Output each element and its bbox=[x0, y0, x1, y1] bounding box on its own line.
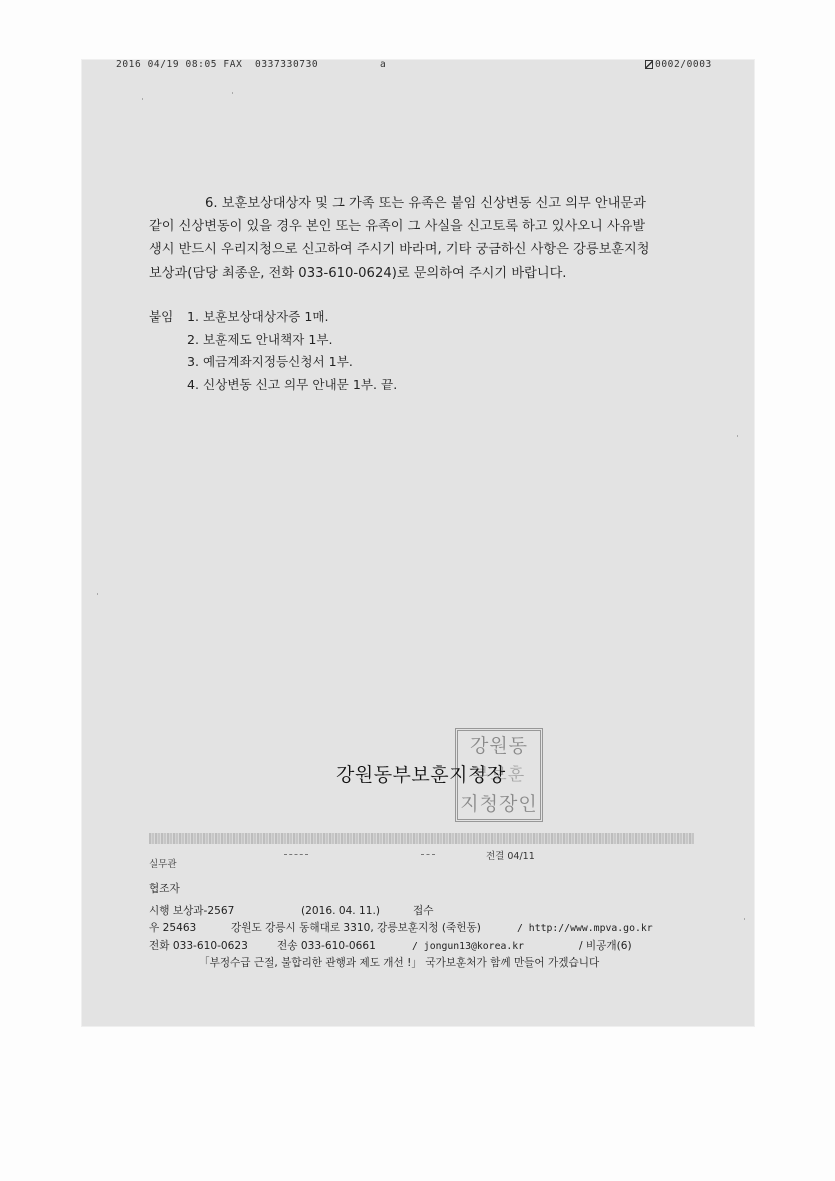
enforcement-date: (2016. 04. 11.) bbox=[301, 903, 380, 921]
stamp-line: 지청장인 bbox=[460, 791, 537, 817]
attachment-item: 1. 보훈보상대상자증 1매. bbox=[187, 306, 397, 329]
disclosure-status: / 비공개(6) bbox=[579, 938, 632, 956]
paragraph-line: 6. 보훈보상대상자 및 그 가족 또는 유족은 붙임 신상변동 신고 의무 안… bbox=[149, 192, 694, 215]
signature-placeholder bbox=[284, 854, 308, 855]
fax-number: 전송 033-610-0661 bbox=[277, 938, 376, 956]
postal-code: 우 25463 bbox=[149, 920, 196, 938]
fax-timestamp: 2016 04/19 08:05 FAX 0337330730 bbox=[116, 59, 318, 70]
attachment-item: 3. 예금계좌지정등신청서 1부. bbox=[187, 351, 397, 374]
approval-date: 전결 04/11 bbox=[486, 848, 535, 862]
scan-speck bbox=[737, 435, 738, 437]
scan-speck bbox=[97, 593, 98, 595]
attachments-list: 1. 보훈보상대상자증 1매. 2. 보훈제도 안내책자 1부. 3. 예금계좌… bbox=[149, 306, 397, 396]
document-footer: 협조자 시행 보상과-2567 (2016. 04. 11.) 접수 우 254… bbox=[149, 881, 199, 973]
receipt-label: 접수 bbox=[413, 903, 433, 921]
fax-header: 2016 04/19 08:05 FAX 0337330730 a 0002/0… bbox=[116, 59, 716, 73]
scan-speck bbox=[744, 918, 745, 920]
scan-speck bbox=[142, 98, 143, 100]
paragraph-line: 같이 신상변동이 있을 경우 본인 또는 유족이 그 사실을 신고토록 하고 있… bbox=[149, 215, 694, 238]
halftone-divider bbox=[149, 833, 694, 844]
signature-placeholder bbox=[421, 854, 435, 855]
street-address: 강원도 강릉시 동해대로 3310, 강릉보훈지청 (죽헌동) bbox=[231, 920, 481, 938]
address-row: 우 25463 강원도 강릉시 동해대로 3310, 강릉보훈지청 (죽헌동) … bbox=[149, 920, 199, 938]
website-link[interactable]: / http://www.mpva.go.kr bbox=[517, 920, 653, 938]
phone-number: 전화 033-610-0623 bbox=[149, 938, 248, 956]
contact-row: 전화 033-610-0623 전송 033-610-0661 / jongun… bbox=[149, 938, 199, 956]
fax-page-counter: 0002/0003 bbox=[655, 59, 712, 70]
fax-page-counter-group: 0002/0003 bbox=[645, 59, 712, 70]
scan-speck bbox=[232, 92, 233, 94]
attachments-label: 붙임 bbox=[149, 306, 173, 329]
paragraph-line: 생시 반드시 우리지청으로 신고하여 주시기 바라며, 기타 궁금하신 사항은 … bbox=[149, 238, 694, 261]
cooperator-row: 협조자 bbox=[149, 881, 199, 899]
signer-title: 강원동부보훈지청장 bbox=[336, 760, 506, 787]
fax-page-icon bbox=[645, 60, 653, 69]
attachments-section: 붙임 1. 보훈보상대상자증 1매. 2. 보훈제도 안내책자 1부. 3. 예… bbox=[149, 306, 397, 396]
enforcement-number: 시행 보상과-2567 bbox=[149, 903, 234, 921]
agency-slogan: 「부정수급 근절, 불합리한 관행과 제도 개선 !」 국가보훈처가 함께 만들… bbox=[199, 955, 599, 973]
slogan-row: 「부정수급 근절, 불합리한 관행과 제도 개선 !」 국가보훈처가 함께 만들… bbox=[149, 955, 199, 973]
approver-role: 실무관 bbox=[149, 856, 177, 870]
fax-marker: a bbox=[380, 59, 386, 70]
email-address[interactable]: / jongun13@korea.kr bbox=[412, 938, 524, 956]
stamp-line: 강원동 bbox=[470, 733, 528, 759]
paragraph-line: 보상과(담당 최종운, 전화 033-610-0624)로 문의하여 주시기 바… bbox=[149, 262, 694, 285]
attachment-item: 4. 신상변동 신고 의무 안내문 1부. 끝. bbox=[187, 374, 397, 397]
attachment-item: 2. 보훈제도 안내책자 1부. bbox=[187, 329, 397, 352]
body-paragraph: 6. 보훈보상대상자 및 그 가족 또는 유족은 붙임 신상변동 신고 의무 안… bbox=[149, 192, 694, 285]
enforcement-row: 시행 보상과-2567 (2016. 04. 11.) 접수 bbox=[149, 903, 199, 921]
cooperator-label: 협조자 bbox=[149, 881, 180, 899]
approval-line: 실무관 전결 04/11 bbox=[149, 848, 694, 868]
